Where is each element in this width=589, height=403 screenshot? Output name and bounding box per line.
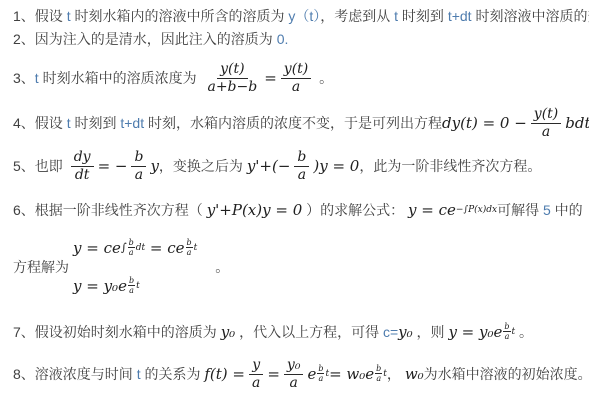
value-zero: 0. xyxy=(277,31,289,47)
exponent-b-a-t: bat xyxy=(374,365,387,383)
numerator: y(t) xyxy=(531,106,561,124)
exponent-integral-b-a-dt: ∫badt xyxy=(121,239,145,257)
math-solution-formula: y = ce xyxy=(408,200,456,220)
numerator: y(t) xyxy=(217,61,247,79)
exp-fraction-b-a: ba xyxy=(317,365,324,383)
exp-fraction-b-a: ba xyxy=(128,239,135,257)
solution-label: 方程解为 xyxy=(13,257,69,277)
var-t-plus-dt: t+dt xyxy=(120,113,144,133)
math-yprime-open: y'+(− xyxy=(247,156,291,176)
text-segment: 时刻，水箱内溶质的浓度不变，于是可列出方程 xyxy=(144,113,442,133)
var-w0: w₀ xyxy=(405,364,424,384)
numerator: b xyxy=(294,149,309,167)
exponent-b-a-t: bat xyxy=(185,239,198,257)
numerator: y(t) xyxy=(281,61,311,79)
var-y0: y₀ xyxy=(398,322,413,342)
text-segment: 时刻到 xyxy=(398,8,448,24)
fraction-b-over-a: ba xyxy=(131,149,146,184)
ref-5: 5 xyxy=(543,200,551,220)
math-w0e: = w₀e xyxy=(329,364,374,384)
exponent-b-a-t: bat xyxy=(127,277,140,295)
math-y-y0e: y = y₀e xyxy=(448,322,502,342)
fraction-y-over-a: ya xyxy=(249,357,263,392)
math-equals-ce: = ce xyxy=(145,238,184,258)
numerator: dy xyxy=(71,149,94,167)
exp-dt: dt xyxy=(136,243,145,253)
paragraph-3: 3、t 时刻水箱中的溶质浓度为 y(t)a+b−b = y(t)a 。 xyxy=(13,55,583,101)
var-y0: y₀ xyxy=(221,322,236,342)
paragraph-2: 2、因为注入的是清水，因此注入的溶质为 0. xyxy=(13,29,583,49)
text-segment: 时刻水箱内的溶液中所含的溶质为 xyxy=(71,8,289,24)
denominator: a xyxy=(504,332,511,341)
fraction-simplified: y(t)a xyxy=(281,61,311,96)
period: 。 xyxy=(215,257,229,277)
math-close-y-zero: )y = 0 xyxy=(313,156,359,176)
math-equals-minus: = − xyxy=(98,156,128,176)
period: 。 xyxy=(515,322,533,342)
fraction-b-over-a: ba xyxy=(294,149,309,184)
period: 。 xyxy=(315,68,333,88)
equals-sign: = xyxy=(267,364,280,384)
exponent-b-a-t: bat xyxy=(502,323,515,341)
exp-fraction-b-a: ba xyxy=(128,277,135,295)
paragraph-4: 4、假设 t 时刻到 t+dt 时刻，水箱内溶质的浓度不变，于是可列出方程 dy… xyxy=(13,103,583,143)
math-bdt: bdt xyxy=(565,113,589,133)
numerator: y xyxy=(249,357,263,375)
text-segment: 7、假设初始时刻水箱中的溶质为 xyxy=(13,322,221,342)
exponent-neg-integral: −∫P(x)dx xyxy=(456,205,497,215)
denominator: a xyxy=(132,167,146,184)
math-e: e xyxy=(307,364,316,384)
numerator: b xyxy=(131,149,146,167)
denominator: a+b−b xyxy=(204,79,260,96)
equation-general: y = ce∫badt = cebat xyxy=(73,229,197,267)
integral-icon: ∫ xyxy=(121,243,127,253)
text-segment: 中的 xyxy=(551,200,583,220)
exp-t: t xyxy=(136,281,140,291)
denominator: a xyxy=(539,124,553,141)
denominator: a xyxy=(289,79,303,96)
denominator: a xyxy=(318,374,325,383)
fraction-y0-over-a: y₀a xyxy=(284,357,304,392)
var-y: y xyxy=(150,156,158,176)
var-t-plus-dt: t+dt xyxy=(448,8,472,24)
exp-t: t xyxy=(194,243,198,253)
denominator: dt xyxy=(72,167,93,184)
math-homogeneous-eq: y'+P(x)y = 0 xyxy=(207,200,303,220)
numerator: b xyxy=(317,365,324,374)
paragraph-6: 6、根据一阶非线性齐次方程（ y'+P(x)y = 0 ）的求解公式： y = … xyxy=(13,193,583,227)
equals-sign: = xyxy=(264,68,277,88)
numerator: y₀ xyxy=(284,357,304,375)
math-y-ce: y = ce xyxy=(73,238,121,258)
denominator: a xyxy=(128,248,135,257)
denominator: a xyxy=(249,375,263,392)
exponent-b-a-t: bat xyxy=(316,365,329,383)
text-segment: 1、假设 xyxy=(13,8,67,24)
paragraph-1: 1、假设 t 时刻水箱内的溶液中所含的溶质为 y（t），考虑到从 t 时刻到 t… xyxy=(13,6,583,26)
paragraph-8: 8、溶液浓度与时间 t 的关系为 f(t) = ya = y₀a ebat = … xyxy=(13,353,583,395)
text-segment: ）的求解公式： xyxy=(302,200,408,220)
exp-fraction-b-a: ba xyxy=(186,239,193,257)
text-segment: ，考虑到从 xyxy=(320,8,394,24)
denominator: a xyxy=(128,286,135,295)
paragraph-7: 7、假设初始时刻水箱中的溶质为 y₀ ，代入以上方程，可得 c= y₀ ，则 y… xyxy=(13,311,583,353)
text-segment: 的关系为 xyxy=(141,364,205,384)
denominator: a xyxy=(287,375,301,392)
numerator: b xyxy=(186,239,193,248)
text-segment: 4、假设 xyxy=(13,113,67,133)
text-segment: 2、因为注入的是清水，因此注入的溶质为 xyxy=(13,31,277,47)
equation-stack: y = ce∫badt = cebat y = y₀ebat xyxy=(73,229,197,305)
denominator: a xyxy=(295,167,309,184)
equation-particular: y = y₀ebat xyxy=(73,267,140,305)
exponent-text: −∫P(x)dx xyxy=(456,205,497,215)
math-dy-equation: dy(t) = 0 − xyxy=(442,113,527,133)
exp-fraction-b-a: ba xyxy=(503,323,510,341)
text-segment: ，此为一阶非线性齐次方程。 xyxy=(359,156,541,176)
text-segment: 时刻水箱中的溶质浓度为 xyxy=(39,68,201,88)
numerator: b xyxy=(128,239,135,248)
math-y-y0e: y = y₀e xyxy=(73,276,127,296)
fraction-dy-dt: dydt xyxy=(71,149,94,184)
text-segment: 3、 xyxy=(13,68,35,88)
text-segment: 时刻到 xyxy=(71,113,121,133)
text-segment: 8、溶液浓度与时间 xyxy=(13,364,137,384)
text-segment: 时刻溶液中溶质的变化，在 xyxy=(472,8,589,24)
paragraph-5: 5、也即 dydt = − ba y ，变换之后为 y'+(− ba )y = … xyxy=(13,143,583,189)
denominator: a xyxy=(186,248,193,257)
fraction-yt-over-a: y(t)a xyxy=(531,106,561,141)
text-segment: ，变换之后为 xyxy=(159,156,247,176)
exp-fraction-b-a: ba xyxy=(375,365,382,383)
text-segment: 5、也即 xyxy=(13,156,67,176)
fraction-concentration: y(t)a+b−b xyxy=(204,61,260,96)
text-segment: ，代入以上方程，可得 xyxy=(235,322,383,342)
text-segment: 为水箱中溶液的初始浓度。 xyxy=(424,364,589,384)
numerator: b xyxy=(503,323,510,332)
var-y-of-t: y（t） xyxy=(288,8,320,24)
denominator: a xyxy=(375,374,382,383)
math-ft-equals: f(t) = xyxy=(204,364,245,384)
paragraph-6-solutions: 方程解为 y = ce∫badt = cebat y = y₀ebat 。 xyxy=(13,229,583,305)
solution-document: 1、假设 t 时刻水箱内的溶液中所含的溶质为 y（t），考虑到从 t 时刻到 t… xyxy=(0,0,589,395)
text-segment: 可解得 xyxy=(497,200,543,220)
numerator: b xyxy=(375,365,382,374)
math-c-equals: c= xyxy=(383,322,398,342)
comma: ， xyxy=(387,364,405,384)
text-segment: ，则 xyxy=(413,322,449,342)
numerator: b xyxy=(128,277,135,286)
text-segment: 6、根据一阶非线性齐次方程（ xyxy=(13,200,207,220)
